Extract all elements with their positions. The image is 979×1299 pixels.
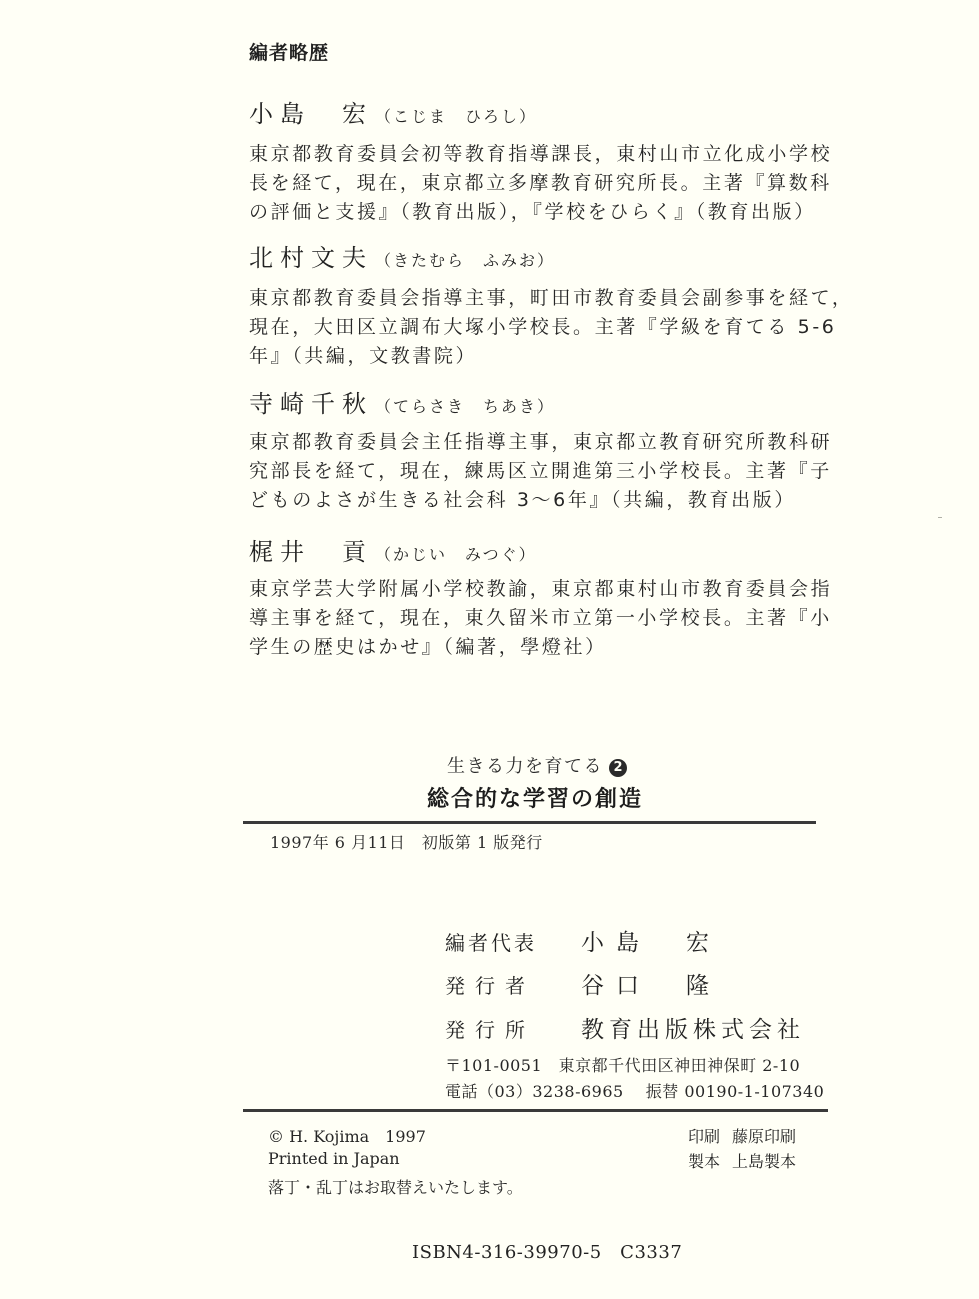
editor-bio: 東京都教育委員会指導主事，町田市教育委員会副参事を経て， 現在，大田区立調布大塚… <box>249 284 809 371</box>
divider-rule <box>243 821 816 824</box>
editor-bio: 東京都教育委員会初等教育指導課長，東村山市立化成小学校 長を経て，現在，東京都立… <box>249 140 809 227</box>
series-title: 生きる力を育てる2 <box>447 752 627 778</box>
series-title-text: 生きる力を育てる <box>447 756 603 777</box>
bio-line: の評価と支援』（教育出版），『学校をひらく』（教育出版） <box>249 198 809 227</box>
editor-name: 小島 宏（こじま ひろし） <box>249 94 537 129</box>
editor-name-reading: （てらさき ちあき） <box>375 397 555 416</box>
editor-bio: 東京都教育委員会主任指導主事，東京都立教育研究所教科研 究部長を経て，現在，練馬… <box>249 428 809 515</box>
bio-line: 学生の歴史はかせ』（編著，學燈社） <box>249 633 809 662</box>
credit-editor-representative: 編者代表小島 宏 <box>445 924 721 957</box>
bio-line: 東京都教育委員会主任指導主事，東京都立教育研究所教科研 <box>249 428 809 457</box>
bio-line: 長を経て，現在，東京都立多摩教育研究所長。主著『算数科 <box>249 169 809 198</box>
replacement-notice: 落丁・乱丁はお取替えいたします。 <box>268 1175 523 1198</box>
bio-line: 導主事を経て，現在，東久留米市立第一小学校長。主著『小 <box>249 604 809 633</box>
bio-line: 年』（共編，文教書院） <box>249 342 809 371</box>
book-title: 総合的な学習の創造 <box>427 782 643 813</box>
credit-label: 編者代表 <box>445 927 581 956</box>
printing-label: 印刷 <box>688 1127 720 1146</box>
editor-name: 北村文夫（きたむら ふみお） <box>249 238 555 273</box>
printed-in: Printed in Japan <box>268 1149 400 1168</box>
series-number-badge: 2 <box>609 759 627 777</box>
editor-bio: 東京学芸大学附属小学校教諭，東京都東村山市教育委員会指 導主事を経て，現在，東久… <box>249 575 809 662</box>
copyright-notice: © H. Kojima 1997 <box>268 1124 426 1147</box>
publication-date: 1997年 6 月11日 初版第 1 版発行 <box>270 830 543 853</box>
credit-publisher-person: 発行者谷口 隆 <box>445 967 721 1000</box>
credit-publisher-company: 発行所教育出版株式会社 <box>445 1011 805 1044</box>
binding-credit: 製本上島製本 <box>688 1149 796 1172</box>
editor-name-text: 小島 宏 <box>249 100 373 128</box>
editor-name-text: 寺崎千秋 <box>249 390 373 418</box>
editor-name-reading: （こじま ひろし） <box>375 107 537 126</box>
isbn: ISBN4-316-39970-5 C3337 <box>412 1238 682 1264</box>
bio-line: どものよさが生きる社会科 3〜6年』（共編，教育出版） <box>249 486 809 515</box>
printing-value: 藤原印刷 <box>732 1127 796 1146</box>
publisher-phone: 電話（03）3238-6965 振替 00190-1-107340 <box>445 1079 824 1102</box>
bio-line: 現在，大田区立調布大塚小学校長。主著『学級を育てる 5-6 <box>249 313 809 342</box>
editor-name-reading: （かじい みつぐ） <box>375 545 537 564</box>
publisher-address: 〒101-0051 東京都千代田区神田神保町 2-10 <box>445 1053 800 1076</box>
binding-label: 製本 <box>688 1152 720 1171</box>
credit-value: 谷口 隆 <box>581 967 721 1000</box>
paper-speck <box>938 517 942 518</box>
credit-value: 教育出版株式会社 <box>581 1011 805 1044</box>
bio-line: 東京学芸大学附属小学校教諭，東京都東村山市教育委員会指 <box>249 575 809 604</box>
bio-line: 究部長を経て，現在，練馬区立開進第三小学校長。主著『子 <box>249 457 809 486</box>
credit-label: 発行所 <box>445 1014 581 1043</box>
divider-rule <box>243 1109 828 1112</box>
editor-name-reading: （きたむら ふみお） <box>375 251 555 270</box>
credit-value: 小島 宏 <box>581 924 721 957</box>
credit-label: 発行者 <box>445 970 581 999</box>
editor-name-text: 梶井 貢 <box>249 538 373 566</box>
bio-line: 東京都教育委員会指導主事，町田市教育委員会副参事を経て， <box>249 284 809 313</box>
binding-value: 上島製本 <box>732 1152 796 1171</box>
editor-name-text: 北村文夫 <box>249 244 373 272</box>
editor-name: 梶井 貢（かじい みつぐ） <box>249 532 537 567</box>
bio-heading: 編者略歴 <box>249 38 329 65</box>
printing-credit: 印刷藤原印刷 <box>688 1124 796 1147</box>
bio-line: 東京都教育委員会初等教育指導課長，東村山市立化成小学校 <box>249 140 809 169</box>
editor-name: 寺崎千秋（てらさき ちあき） <box>249 384 555 419</box>
